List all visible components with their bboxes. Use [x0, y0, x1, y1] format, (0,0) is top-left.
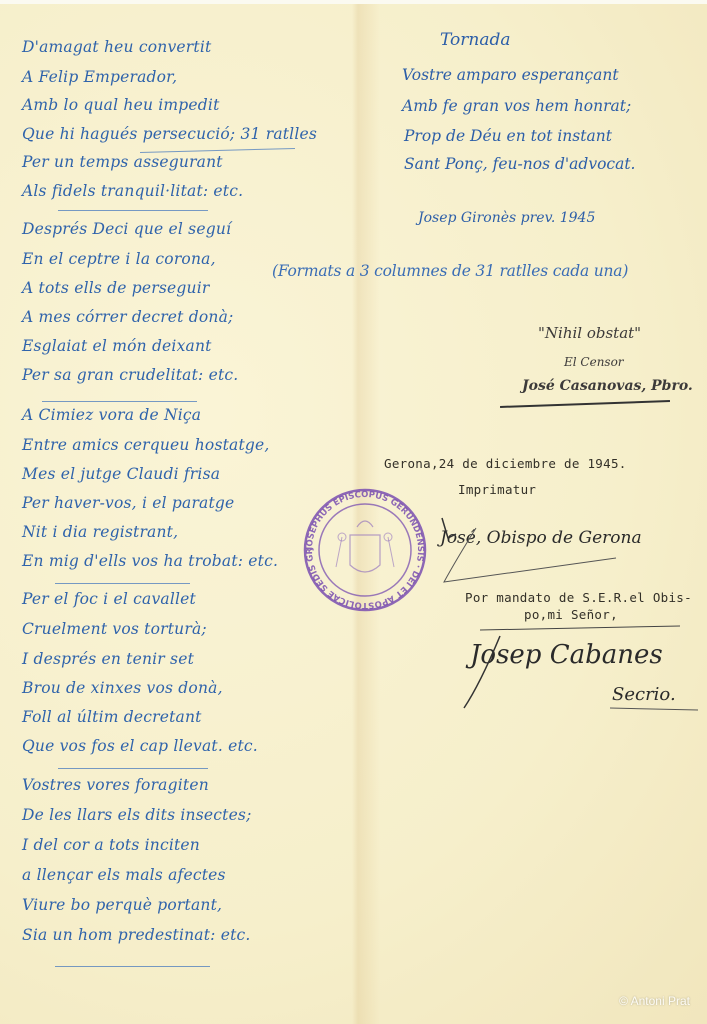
verse-line: Nit i dia registrant,: [22, 523, 178, 541]
verse-line: a llençar els mals afectes: [22, 866, 226, 884]
mandate-line-2: po,mi Señor,: [524, 607, 618, 622]
verse-line: Vostres vores foragiten: [22, 776, 209, 794]
mandate-line-1: Por mandato de S.E.R.el Obis-: [465, 590, 692, 605]
tornada-line: Prop de Déu en tot instant: [404, 127, 612, 145]
episcopal-seal-stamp: JOSEPHUS EPISCOPUS GERUNDENSIS · DEI ET …: [302, 487, 428, 613]
verse-line: Viure bo perquè portant,: [22, 896, 222, 914]
verse-line: D'amagat heu convertit: [22, 38, 211, 56]
place-date: Gerona,24 de diciembre de 1945.: [384, 456, 627, 471]
secretary-role: Secrio.: [612, 684, 676, 705]
verse-line: I del cor a tots inciten: [22, 836, 200, 854]
verse-line: A mes córrer decret donà;: [22, 308, 233, 326]
verse-line: A Felip Emperador,: [22, 68, 177, 86]
nihil-obstat-heading: "Nihil obstat": [538, 324, 641, 342]
tornada-line: Sant Ponç, feu-nos d'advocat.: [404, 155, 636, 173]
format-note: (Formats a 3 columnes de 31 ratlles cada…: [272, 262, 628, 280]
stanza-divider: [58, 768, 208, 769]
tornada-title: Tornada: [440, 30, 510, 50]
paper-top-edge: [0, 0, 707, 4]
verse-line: Foll al últim decretant: [22, 708, 202, 726]
verse-line: Per el foc i el cavallet: [22, 590, 196, 608]
verse-line: Que hi hagués persecució; 31 ratlles: [22, 125, 317, 143]
signature-strokes: [436, 510, 656, 590]
copyright-watermark: © Antoni Prat: [619, 994, 690, 1008]
verse-line: En el ceptre i la corona,: [22, 250, 216, 268]
verse-line: A tots ells de perseguir: [22, 279, 210, 297]
stanza-divider: [42, 401, 197, 402]
verse-line: Que vos fos el cap llevat. etc.: [22, 737, 258, 755]
verse-line: Esglaiat el món deixant: [22, 337, 212, 355]
verse-line: Sia un hom predestinat: etc.: [22, 926, 251, 944]
verse-line: Per sa gran crudelitat: etc.: [22, 366, 238, 384]
verse-line: Després Deci que el seguí: [22, 220, 231, 238]
verse-line: Amb lo qual heu impedit: [22, 96, 220, 114]
verse-line: Per un temps assegurant: [22, 153, 223, 171]
verse-line: Brou de xinxes vos donà,: [22, 679, 223, 697]
verse-line: Mes el jutge Claudi frisa: [22, 465, 220, 483]
verse-line: Als fidels tranquil·litat: etc.: [22, 182, 243, 200]
verse-line: Per haver-vos, i el paratge: [22, 494, 234, 512]
tornada-line: Vostre amparo esperançant: [402, 66, 619, 84]
stanza-divider: [58, 210, 208, 211]
stanza-divider: [55, 583, 190, 584]
verse-line: En mig d'ells vos ha trobat: etc.: [22, 552, 278, 570]
tornada-line: Amb fe gran vos hem honrat;: [402, 97, 631, 115]
stanza-divider: [55, 966, 210, 967]
verse-line: De les llars els dits insectes;: [22, 806, 252, 824]
imprimatur-label: Imprimatur: [458, 482, 536, 497]
verse-line: A Cimiez vora de Niça: [22, 406, 201, 424]
verse-line: I després en tenir set: [22, 650, 194, 668]
censor-role: El Censor: [564, 355, 624, 369]
censor-signature: José Casanovas, Pbro.: [522, 378, 693, 394]
verse-line: Entre amics cerqueu hostatge,: [22, 436, 270, 454]
author-signature: Josep Gironès prev. 1945: [418, 210, 595, 226]
verse-line: Cruelment vos torturà;: [22, 620, 207, 638]
